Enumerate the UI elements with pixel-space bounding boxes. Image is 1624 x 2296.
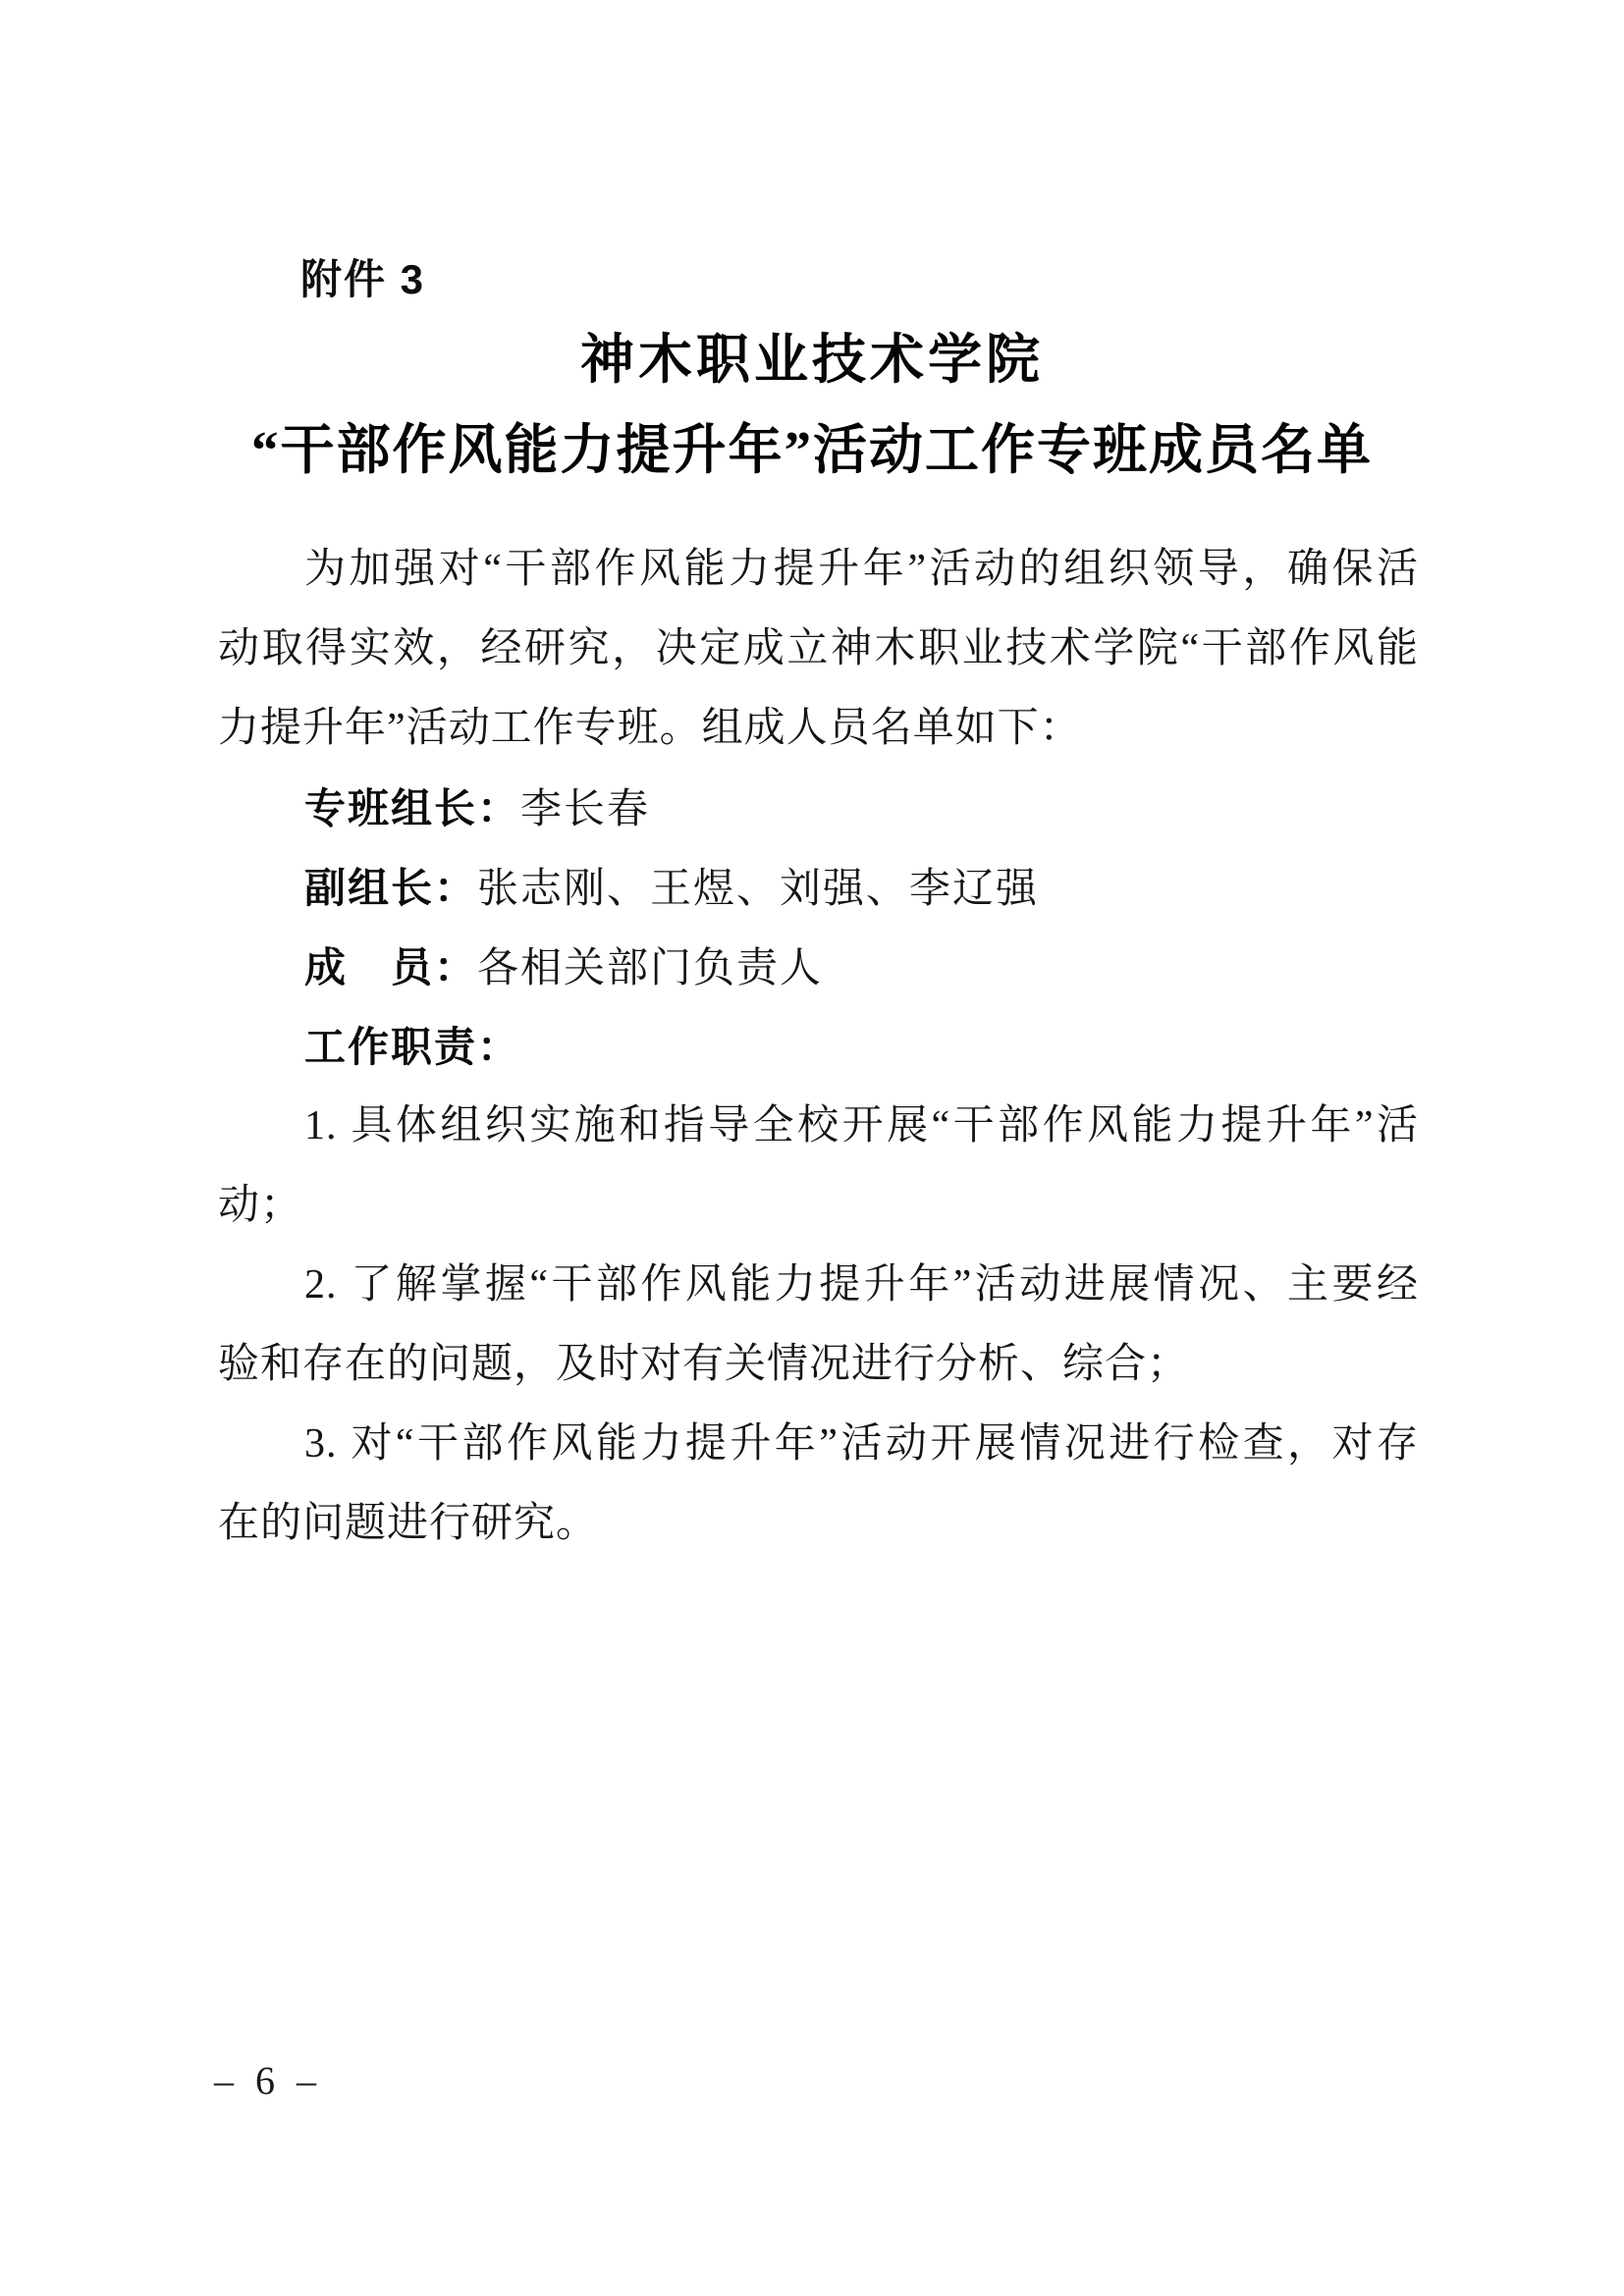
duty-item-line: 3. 对“干部作风能力提升年”活动开展情况进行检查，对存: [218, 1405, 1419, 1484]
duties-heading: 工作职责：: [218, 1007, 1419, 1087]
document-title-line2: “干部作风能力提升年”活动工作专班成员名单: [0, 406, 1624, 484]
roster-row-leader: 专班组长：李长春: [218, 769, 1419, 848]
duty-item-line: 验和存在的问题，及时对有关情况进行分析、综合；: [218, 1325, 1419, 1405]
duty-item-line: 2. 了解掌握“干部作风能力提升年”活动进展情况、主要经: [218, 1246, 1419, 1325]
roster-value: 张志刚、王煜、刘强、李辽强: [477, 867, 1039, 912]
paragraph-line: 为加强对“干部作风能力提升年”活动的组织领导，确保活: [218, 530, 1419, 610]
duty-item-line: 在的问题进行研究。: [218, 1484, 1419, 1564]
document-title-line1: 神木职业技术学院: [0, 316, 1624, 394]
roster-value: 各相关部门负责人: [477, 946, 823, 991]
duty-item-line: 动；: [218, 1166, 1419, 1246]
duties-heading-label: 工作职责：: [304, 1024, 520, 1070]
page-number: – 6 –: [214, 2057, 322, 2104]
duty-item-line: 1. 具体组织实施和指导全校开展“干部作风能力提升年”活: [218, 1087, 1419, 1166]
paragraph-line: 动取得实效，经研究，决定成立神木职业技术学院“干部作风能: [218, 610, 1419, 689]
roster-value: 李长春: [520, 787, 650, 832]
paragraph-line: 力提升年”活动工作专班。组成人员名单如下：: [218, 689, 1419, 769]
roster-label: 专班组长：: [304, 785, 520, 831]
roster-label: 成 员：: [304, 944, 477, 990]
roster-row-deputy-leaders: 副组长：张志刚、王煜、刘强、李辽强: [218, 848, 1419, 928]
roster-label: 副组长：: [304, 865, 477, 911]
attachment-label: 附件 3: [300, 247, 425, 306]
document-page: 附件 3 神木职业技术学院 “干部作风能力提升年”活动工作专班成员名单 为加强对…: [0, 0, 1624, 2296]
document-body: 为加强对“干部作风能力提升年”活动的组织领导，确保活 动取得实效，经研究，决定成…: [218, 530, 1419, 1564]
roster-row-members: 成 员：各相关部门负责人: [218, 928, 1419, 1007]
